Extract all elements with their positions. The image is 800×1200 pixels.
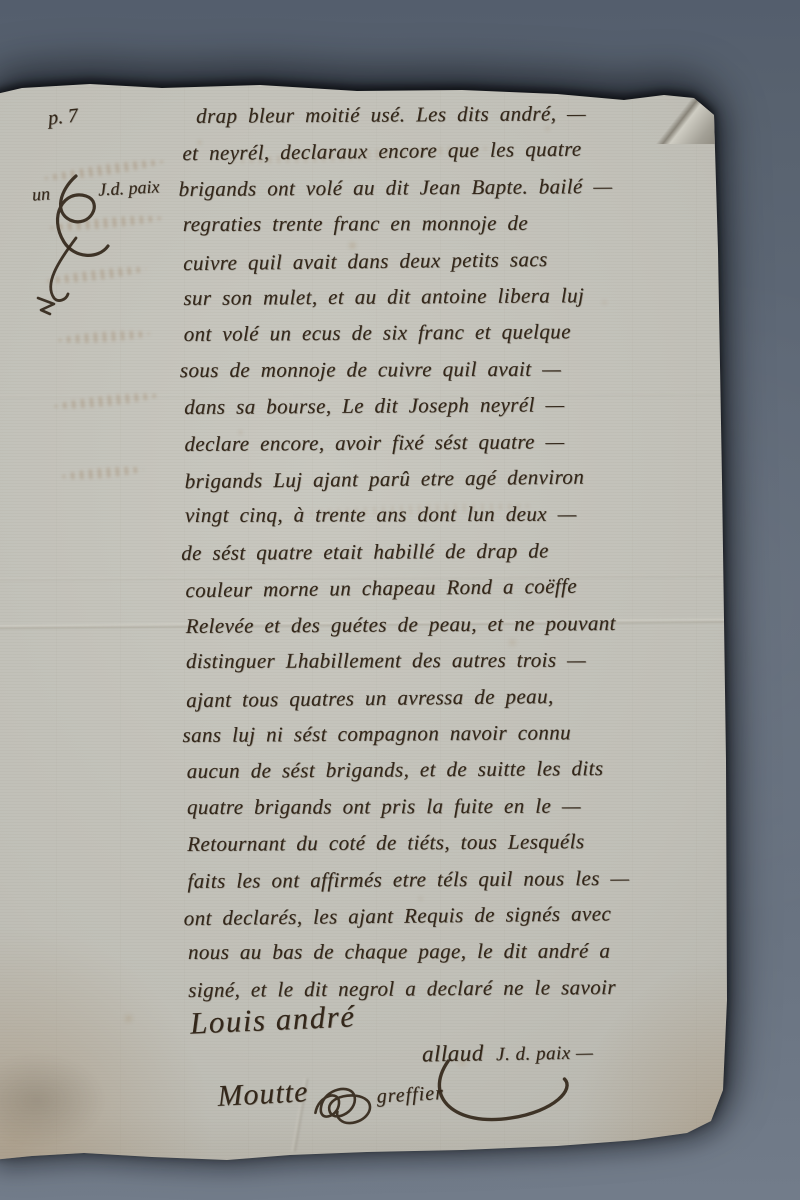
photo-of-manuscript: p. 7 un J.d. paix drap bleur moitié usé.…	[0, 0, 800, 1200]
manuscript-line: ajant tous quatres un avressa de peau,	[186, 675, 731, 718]
page-number: p. 7	[47, 104, 79, 130]
manuscript-line: Relevée et des guétes de peau, et ne pou…	[186, 604, 731, 644]
paper-sheet: p. 7 un J.d. paix drap bleur moitié usé.…	[0, 0, 737, 1175]
manuscript-line: drap bleur moitié usé. Les dits andré, —	[196, 94, 727, 134]
bottom-wrinkle-shading	[0, 1040, 142, 1160]
manuscript-line: faits les ont affirmés etre téls quil no…	[187, 859, 732, 899]
manuscript-line: nous au bas de chaque page, le dit andré…	[188, 932, 733, 970]
paper-surface: p. 7 un J.d. paix drap bleur moitié usé.…	[0, 0, 737, 1175]
ink-bleedthrough	[58, 329, 150, 345]
manuscript-line: brigands ont volé au dit Jean Bapte. bai…	[179, 167, 728, 207]
manuscript-line: Retournant du coté de tiéts, tous Lesqué…	[187, 822, 732, 862]
margin-paraph-flourish	[24, 150, 174, 320]
manuscript-line: et neyrél, declaraux encore que les quat…	[182, 129, 727, 172]
manuscript-line: cuivre quil avait dans deux petits sacs	[183, 239, 728, 282]
ink-bleedthrough	[62, 464, 145, 481]
manuscript-line: vingt cinq, à trente ans dont lun deux —	[185, 496, 730, 534]
clerk-name: Moutte	[217, 1075, 310, 1114]
manuscript-line: couleur morne un chapeau Rond a coëffe	[185, 566, 730, 609]
manuscript-line: de sést quatre etait habillé de drap de	[181, 531, 730, 571]
manuscript-line: regraties trente franc en monnoje de	[183, 204, 728, 242]
signature-clerk: Moutte greffier	[217, 1068, 446, 1140]
signature-louis-andre: Louis andré	[189, 998, 356, 1041]
manuscript-line: distinguer Lhabillement des autres trois…	[186, 641, 731, 679]
manuscript-line: ont declarés, les ajant Requis de signés…	[184, 894, 733, 937]
clerk-paraph-flourish	[304, 1075, 385, 1139]
manuscript-line: brigands Luj ajant parû etre agé denviro…	[184, 457, 729, 500]
manuscript-body: drap bleur moitié usé. Les dits andré, —…	[182, 94, 733, 1008]
manuscript-line: sous de monnoje de cuivre quil avait —	[180, 350, 729, 388]
ink-bleedthrough	[54, 391, 158, 412]
manuscript-line: ont volé un ecus de six franc et quelque	[184, 313, 729, 353]
manuscript-line: sans luj ni sést compagnon navoir connu	[182, 713, 731, 753]
manuscript-line: dans sa bourse, Le dit Joseph neyrél —	[184, 385, 729, 425]
clerk-title: greffier	[376, 1082, 444, 1108]
margin-note-prefix: un	[31, 183, 50, 205]
manuscript-line: declare encore, avoir fixé sést quatre —	[184, 422, 729, 462]
manuscript-line: quatre brigands ont pris la fuite en le …	[187, 787, 732, 825]
manuscript-line: sur son mulet, et au dit antoine libera …	[183, 276, 728, 316]
judge-paraph-flourish	[414, 1054, 635, 1138]
margin-note-suffix: J.d. paix	[97, 176, 159, 200]
signature-judge: allaud J. d. paix —	[422, 1039, 594, 1068]
manuscript-line: aucun de sést brigands, et de suitte les…	[187, 749, 732, 789]
